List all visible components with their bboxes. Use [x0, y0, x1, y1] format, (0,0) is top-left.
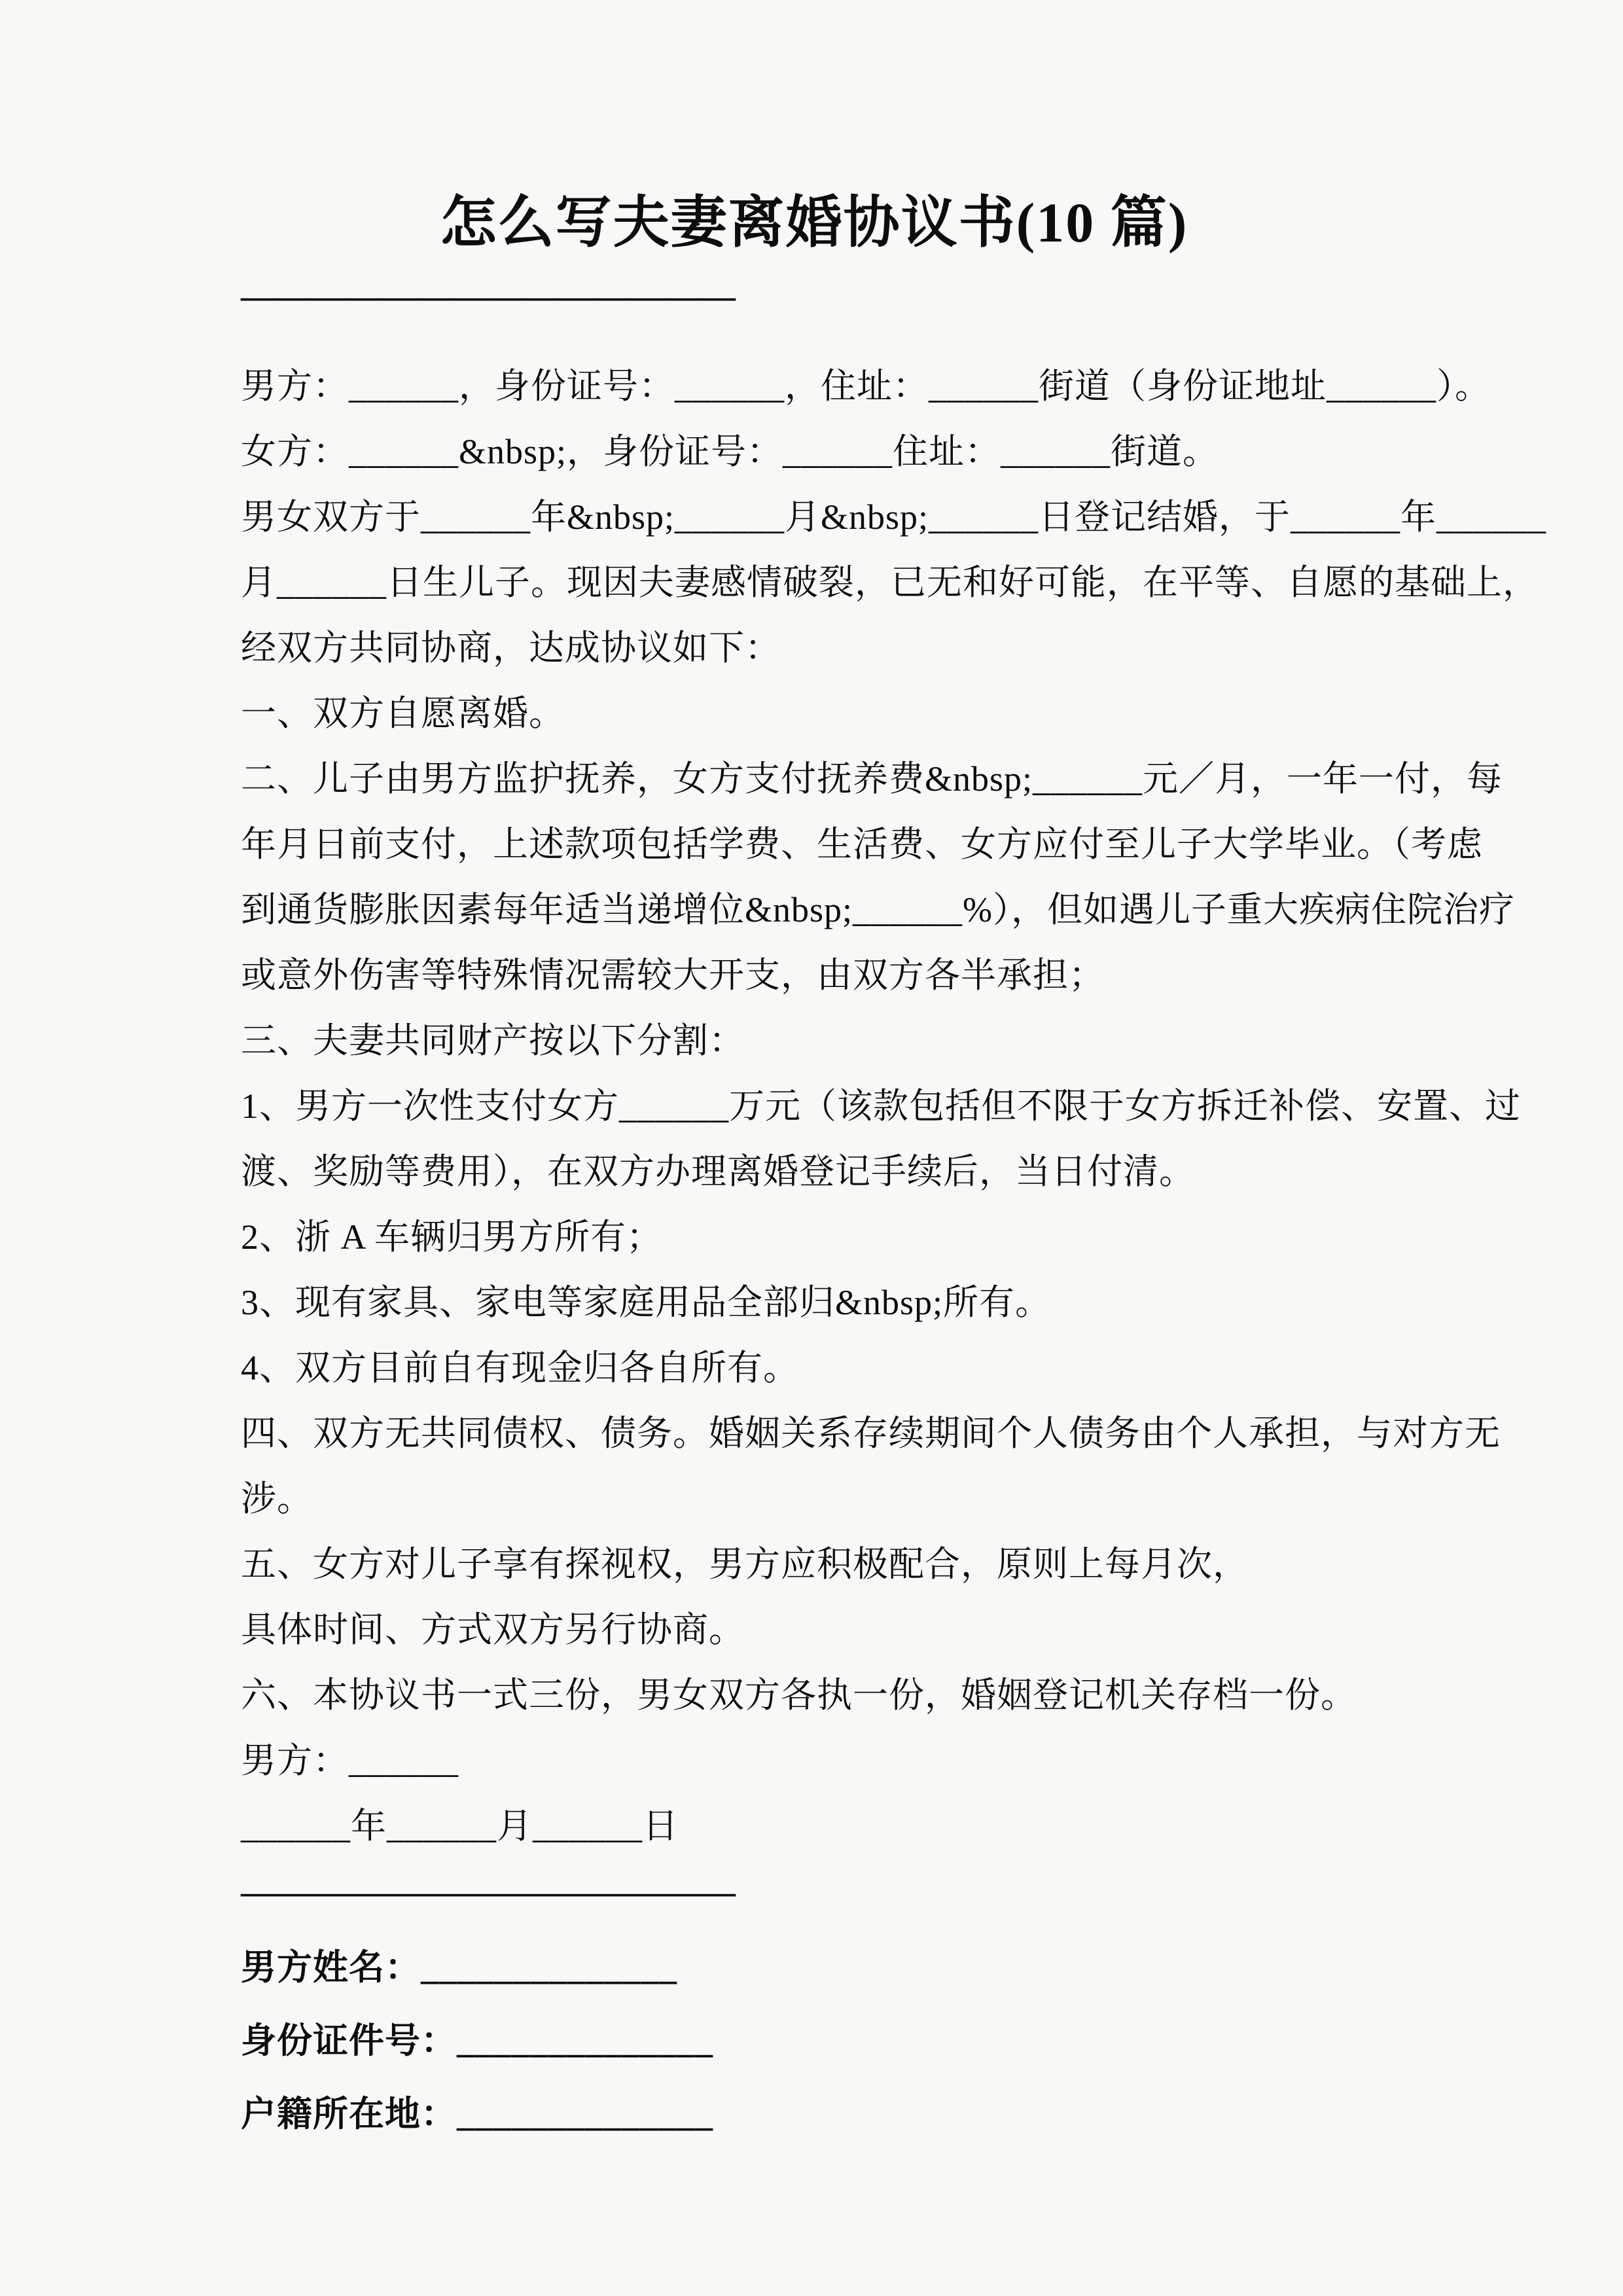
text-line: 月______日生儿子。现因夫妻感情破裂，已无和好可能，在平等、自愿的基础上， [241, 550, 1387, 615]
text-line: 渡、奖励等费用），在双方办理离婚登记手续后，当日付清。 [241, 1139, 1387, 1204]
text-line: 男女双方于______年&nbsp;______月&nbsp;______日登记… [241, 484, 1387, 550]
text-line: 经双方共同协商，达成协议如下： [241, 615, 1387, 681]
text-line: 三、夫妻共同财产按以下分割： [241, 1008, 1387, 1073]
text-line: 户籍所在地：______________ [241, 2077, 1387, 2151]
text-line: 五、女方对儿子享有探视权，男方应积极配合，原则上每月次， [241, 1532, 1387, 1597]
text-line: 2、浙 A 车辆归男方所有； [241, 1204, 1387, 1270]
text-line: 身份证件号：______________ [241, 2004, 1387, 2077]
text-line: 到通货膨胀因素每年适当递增位&nbsp;______%），但如遇儿子重大疾病住院… [241, 877, 1387, 942]
text-line: 四、双方无共同债权、债务。婚姻关系存续期间个人债务由个人承担，与对方无 [241, 1401, 1387, 1466]
text-line: 二、儿子由男方监护抚养，女方支付抚养费&nbsp;______元／月，一年一付，… [241, 746, 1387, 812]
text-line: 具体时间、方式双方另行协商。 [241, 1597, 1387, 1662]
text-line: 女方：______&nbsp;，身份证号：______住址：______街道。 [241, 419, 1387, 484]
text-line: 男方：______ [241, 1728, 1387, 1793]
text-line: 男方：______，身份证号：______，住址：______街道（身份证地址_… [241, 353, 1387, 419]
text-line: 4、双方目前自有现金归各自所有。 [241, 1335, 1387, 1401]
text-line: 3、现有家具、家电等家庭用品全部归&nbsp;所有。 [241, 1270, 1387, 1335]
text-line: 一、双方自愿离婚。 [241, 681, 1387, 746]
text-line: 涉。 [241, 1466, 1387, 1532]
text-line: 1、男方一次性支付女方______万元（该款包括但不限于女方拆迁补偿、安置、过 [241, 1073, 1387, 1139]
text-line: 或意外伤害等特殊情况需较大开支，由双方各半承担； [241, 942, 1387, 1008]
document-page: 怎么写夫妻离婚协议书(10 篇) —————————————— 男方：_____… [0, 0, 1623, 2296]
agreement-body: 男方：______，身份证号：______，住址：______街道（身份证地址_… [241, 353, 1387, 1859]
text-line: 年月日前支付，上述款项包括学费、生活费、女方应付至儿子大学毕业。（考虑 [241, 812, 1387, 877]
section-separator: —————————————— [241, 1859, 1387, 1924]
text-line: 六、本协议书一式三份，男女双方各执一份，婚姻登记机关存档一份。 [241, 1662, 1387, 1728]
document-title: 怎么写夫妻离婚协议书(10 篇) [241, 0, 1387, 254]
signature-block: 男方姓名：______________身份证件号：______________户… [241, 1931, 1387, 2151]
text-line: 男方姓名：______________ [241, 1931, 1387, 2004]
title-underline: —————————————— [241, 263, 1387, 329]
document-content: 怎么写夫妻离婚协议书(10 篇) —————————————— 男方：_____… [0, 0, 1623, 2151]
text-line: ______年______月______日 [241, 1793, 1387, 1859]
